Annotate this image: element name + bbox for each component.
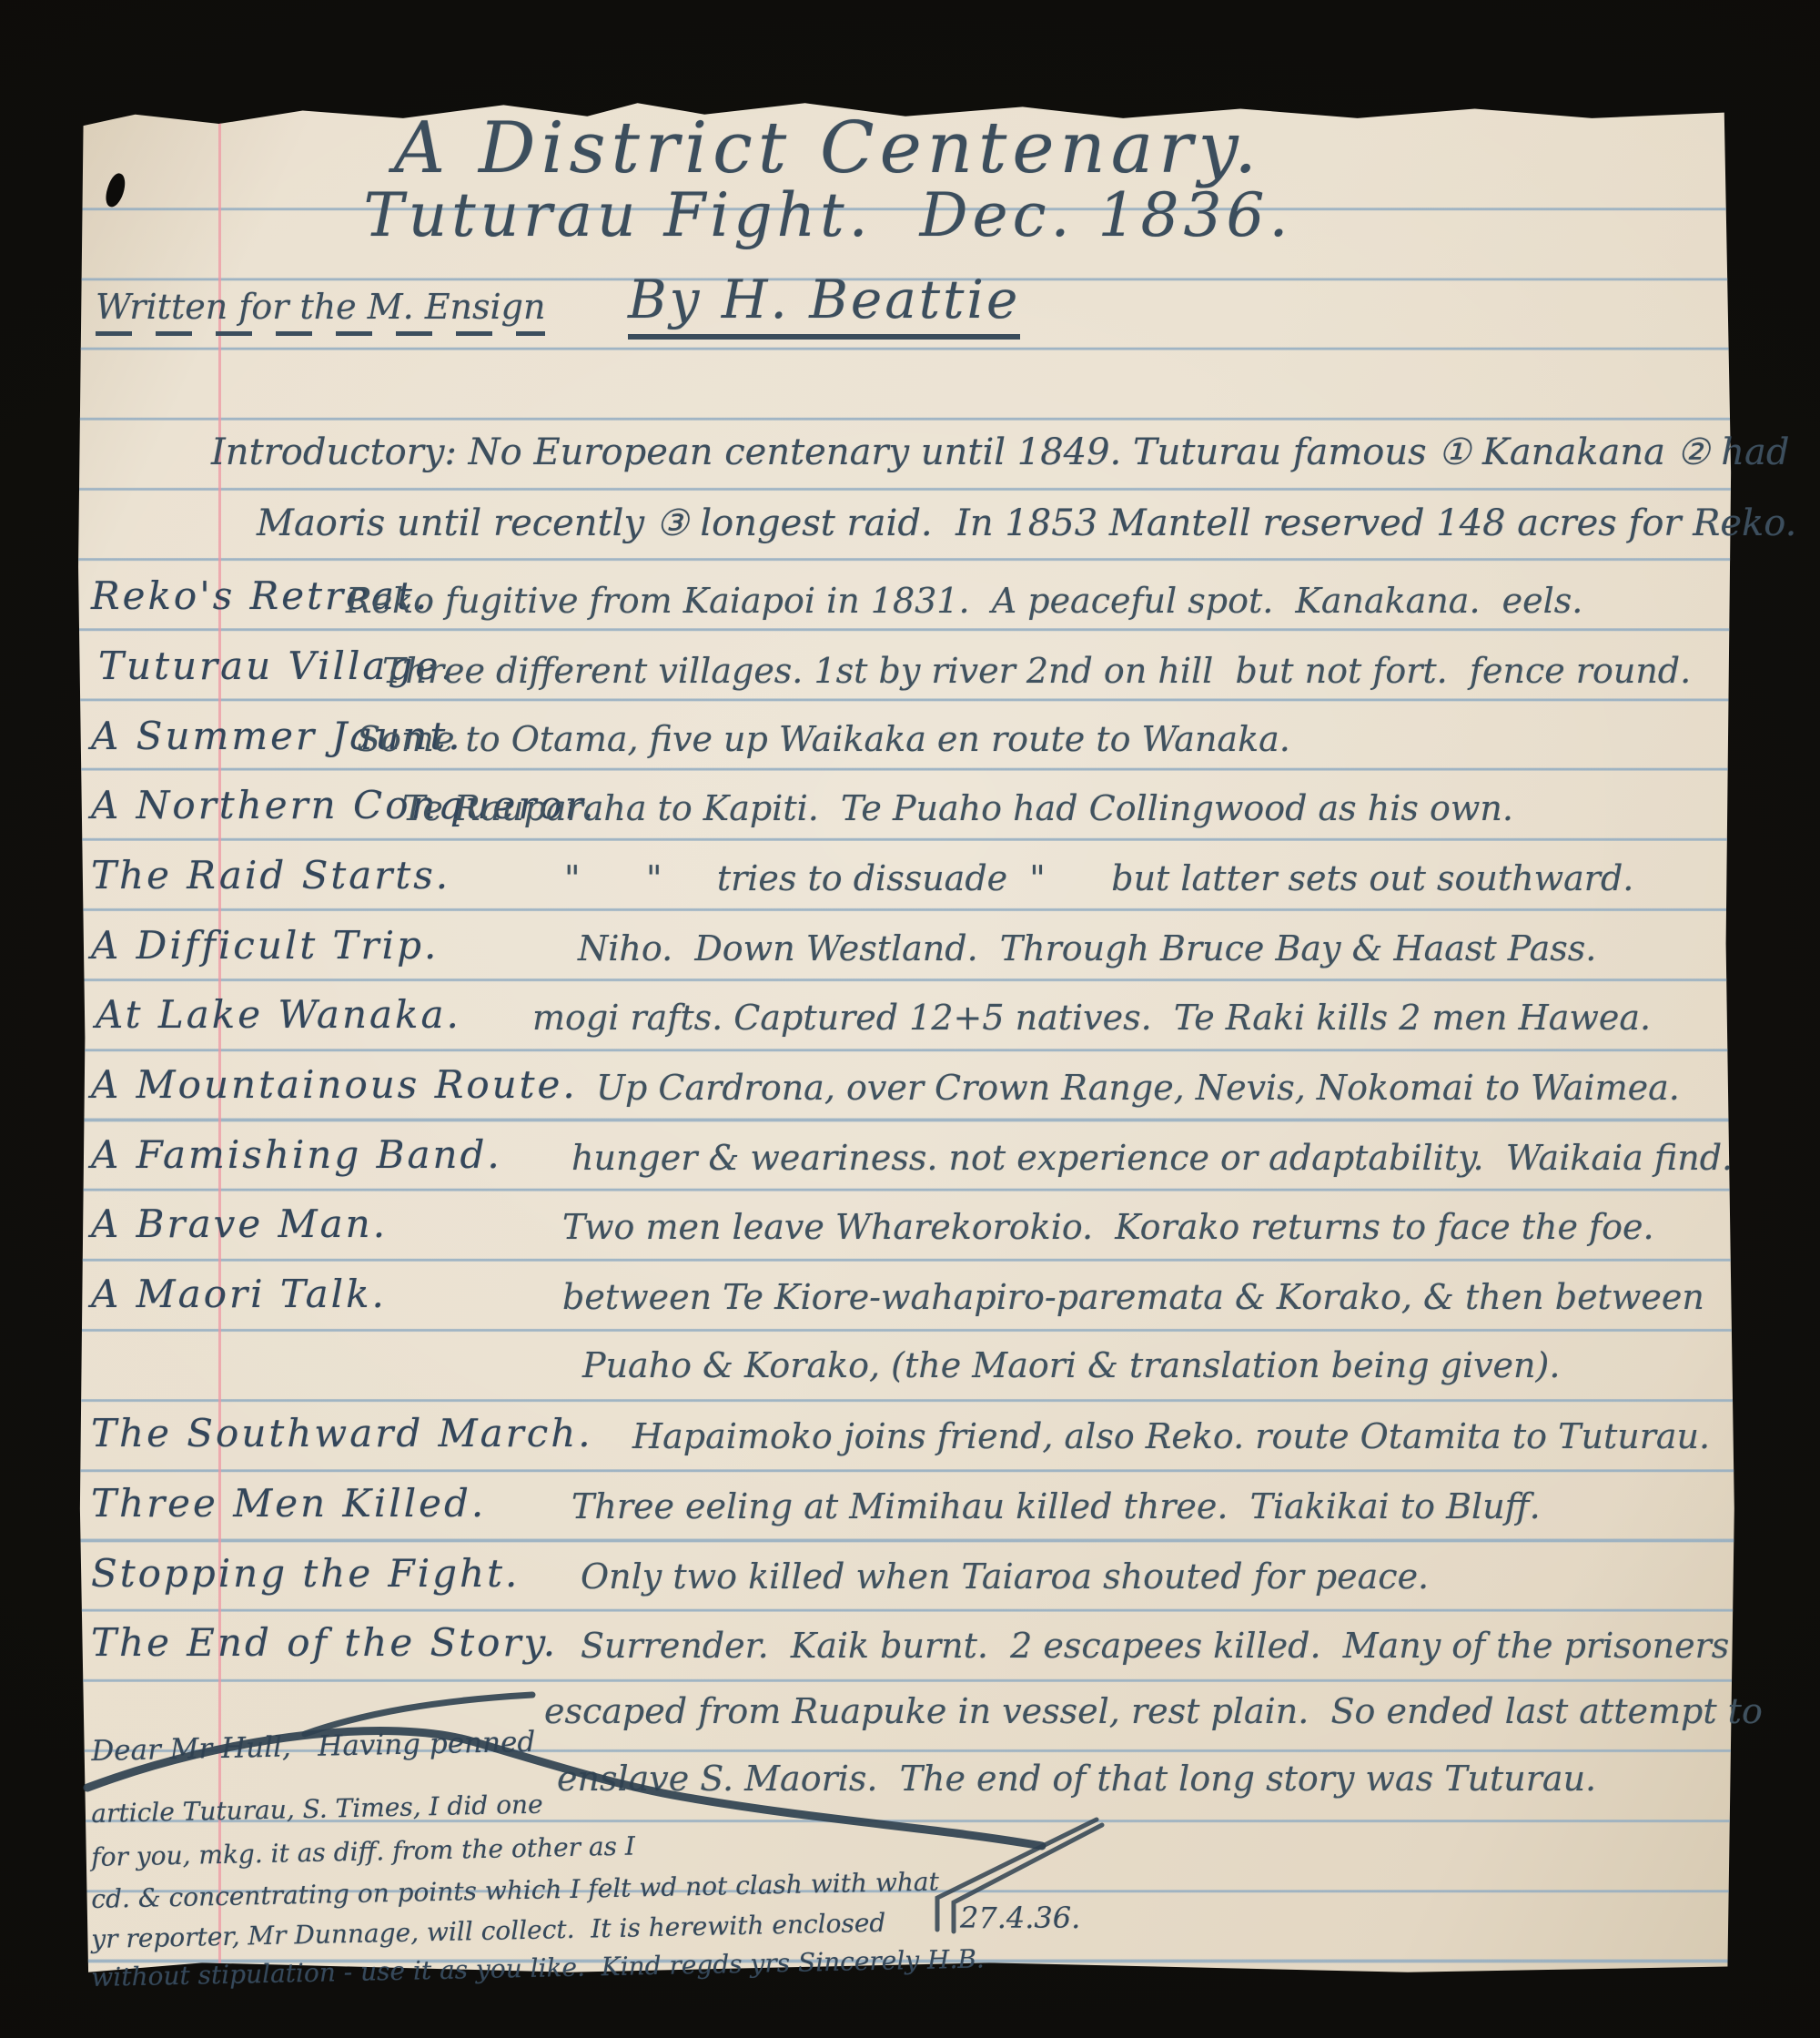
entry-note: Surrender. Kaik burnt. 2 escapees killed… xyxy=(581,1626,1729,1666)
entry-heading: A Mountainous Route. xyxy=(91,1062,578,1107)
entry-note: between Te Kiore-wahapiro-paremata & Kor… xyxy=(562,1277,1704,1317)
entry-note: Three eeling at Mimihau killed three. Ti… xyxy=(571,1486,1541,1526)
entry-note: Reko fugitive from Kaiapoi in 1831. A pe… xyxy=(346,581,1582,621)
entry-heading: Stopping the Fight. xyxy=(91,1551,520,1596)
entry-heading: A Famishing Band. xyxy=(91,1132,502,1177)
entry-note: Three different villages. 1st by river 2… xyxy=(382,651,1691,691)
entry-note: Te Rauparaha to Kapiti. Te Puaho had Col… xyxy=(402,788,1513,828)
entry-heading: A Brave Man. xyxy=(91,1202,388,1246)
entry-heading: At Lake Wanaka. xyxy=(96,992,461,1037)
byline-author: By H. Beattie xyxy=(628,269,1020,340)
letter-date: 27.4.36. xyxy=(960,1901,1080,1935)
margin-line xyxy=(218,96,221,1980)
intro-line: Introductory: No European centenary unti… xyxy=(211,431,1790,473)
entry-heading: The Raid Starts. xyxy=(91,853,450,897)
byline-note: Written for the M. Ensign xyxy=(96,287,545,336)
entry-heading: A Maori Talk. xyxy=(91,1272,387,1316)
entry-heading: The End of the Story. xyxy=(91,1620,558,1665)
entry-note: Niho. Down Westland. Through Bruce Bay &… xyxy=(578,928,1596,968)
entry-heading: A Difficult Trip. xyxy=(91,923,439,968)
page-title: A District Centenary. xyxy=(309,107,1347,189)
entry-note-continued: enslave S. Maoris. The end of that long … xyxy=(557,1759,1596,1799)
entry-note: mogi rafts. Captured 12+5 natives. Te Ra… xyxy=(532,998,1651,1038)
entry-note: Only two killed when Taiaroa shouted for… xyxy=(581,1556,1429,1597)
entry-heading: Three Men Killed. xyxy=(91,1481,486,1526)
entry-note-continued: Puaho & Korako, (the Maori & translation… xyxy=(582,1345,1560,1385)
entry-note: " " tries to dissuade " but latter sets … xyxy=(564,858,1633,898)
intro-line: Maoris until recently ③ longest raid. In… xyxy=(257,502,1796,544)
scanned-manuscript-page: A District Centenary. Tuturau Fight. Dec… xyxy=(0,0,1820,2038)
page-subtitle: Tuturau Fight. Dec. 1836. xyxy=(309,180,1347,250)
entry-note: hunger & weariness. not experience or ad… xyxy=(571,1138,1733,1178)
entry-note: Hapaimoko joins friend, also Reko. route… xyxy=(632,1416,1710,1456)
entry-note: Up Cardrona, over Crown Range, Nevis, No… xyxy=(596,1068,1680,1108)
entry-heading: The Southward March. xyxy=(91,1411,593,1455)
entry-note: Two men leave Wharekorokio. Korako retur… xyxy=(562,1207,1654,1247)
entry-note-continued: escaped from Ruapuke in vessel, rest pla… xyxy=(544,1691,1763,1731)
entry-note: Some to Otama, five up Waikaka en route … xyxy=(357,719,1290,759)
